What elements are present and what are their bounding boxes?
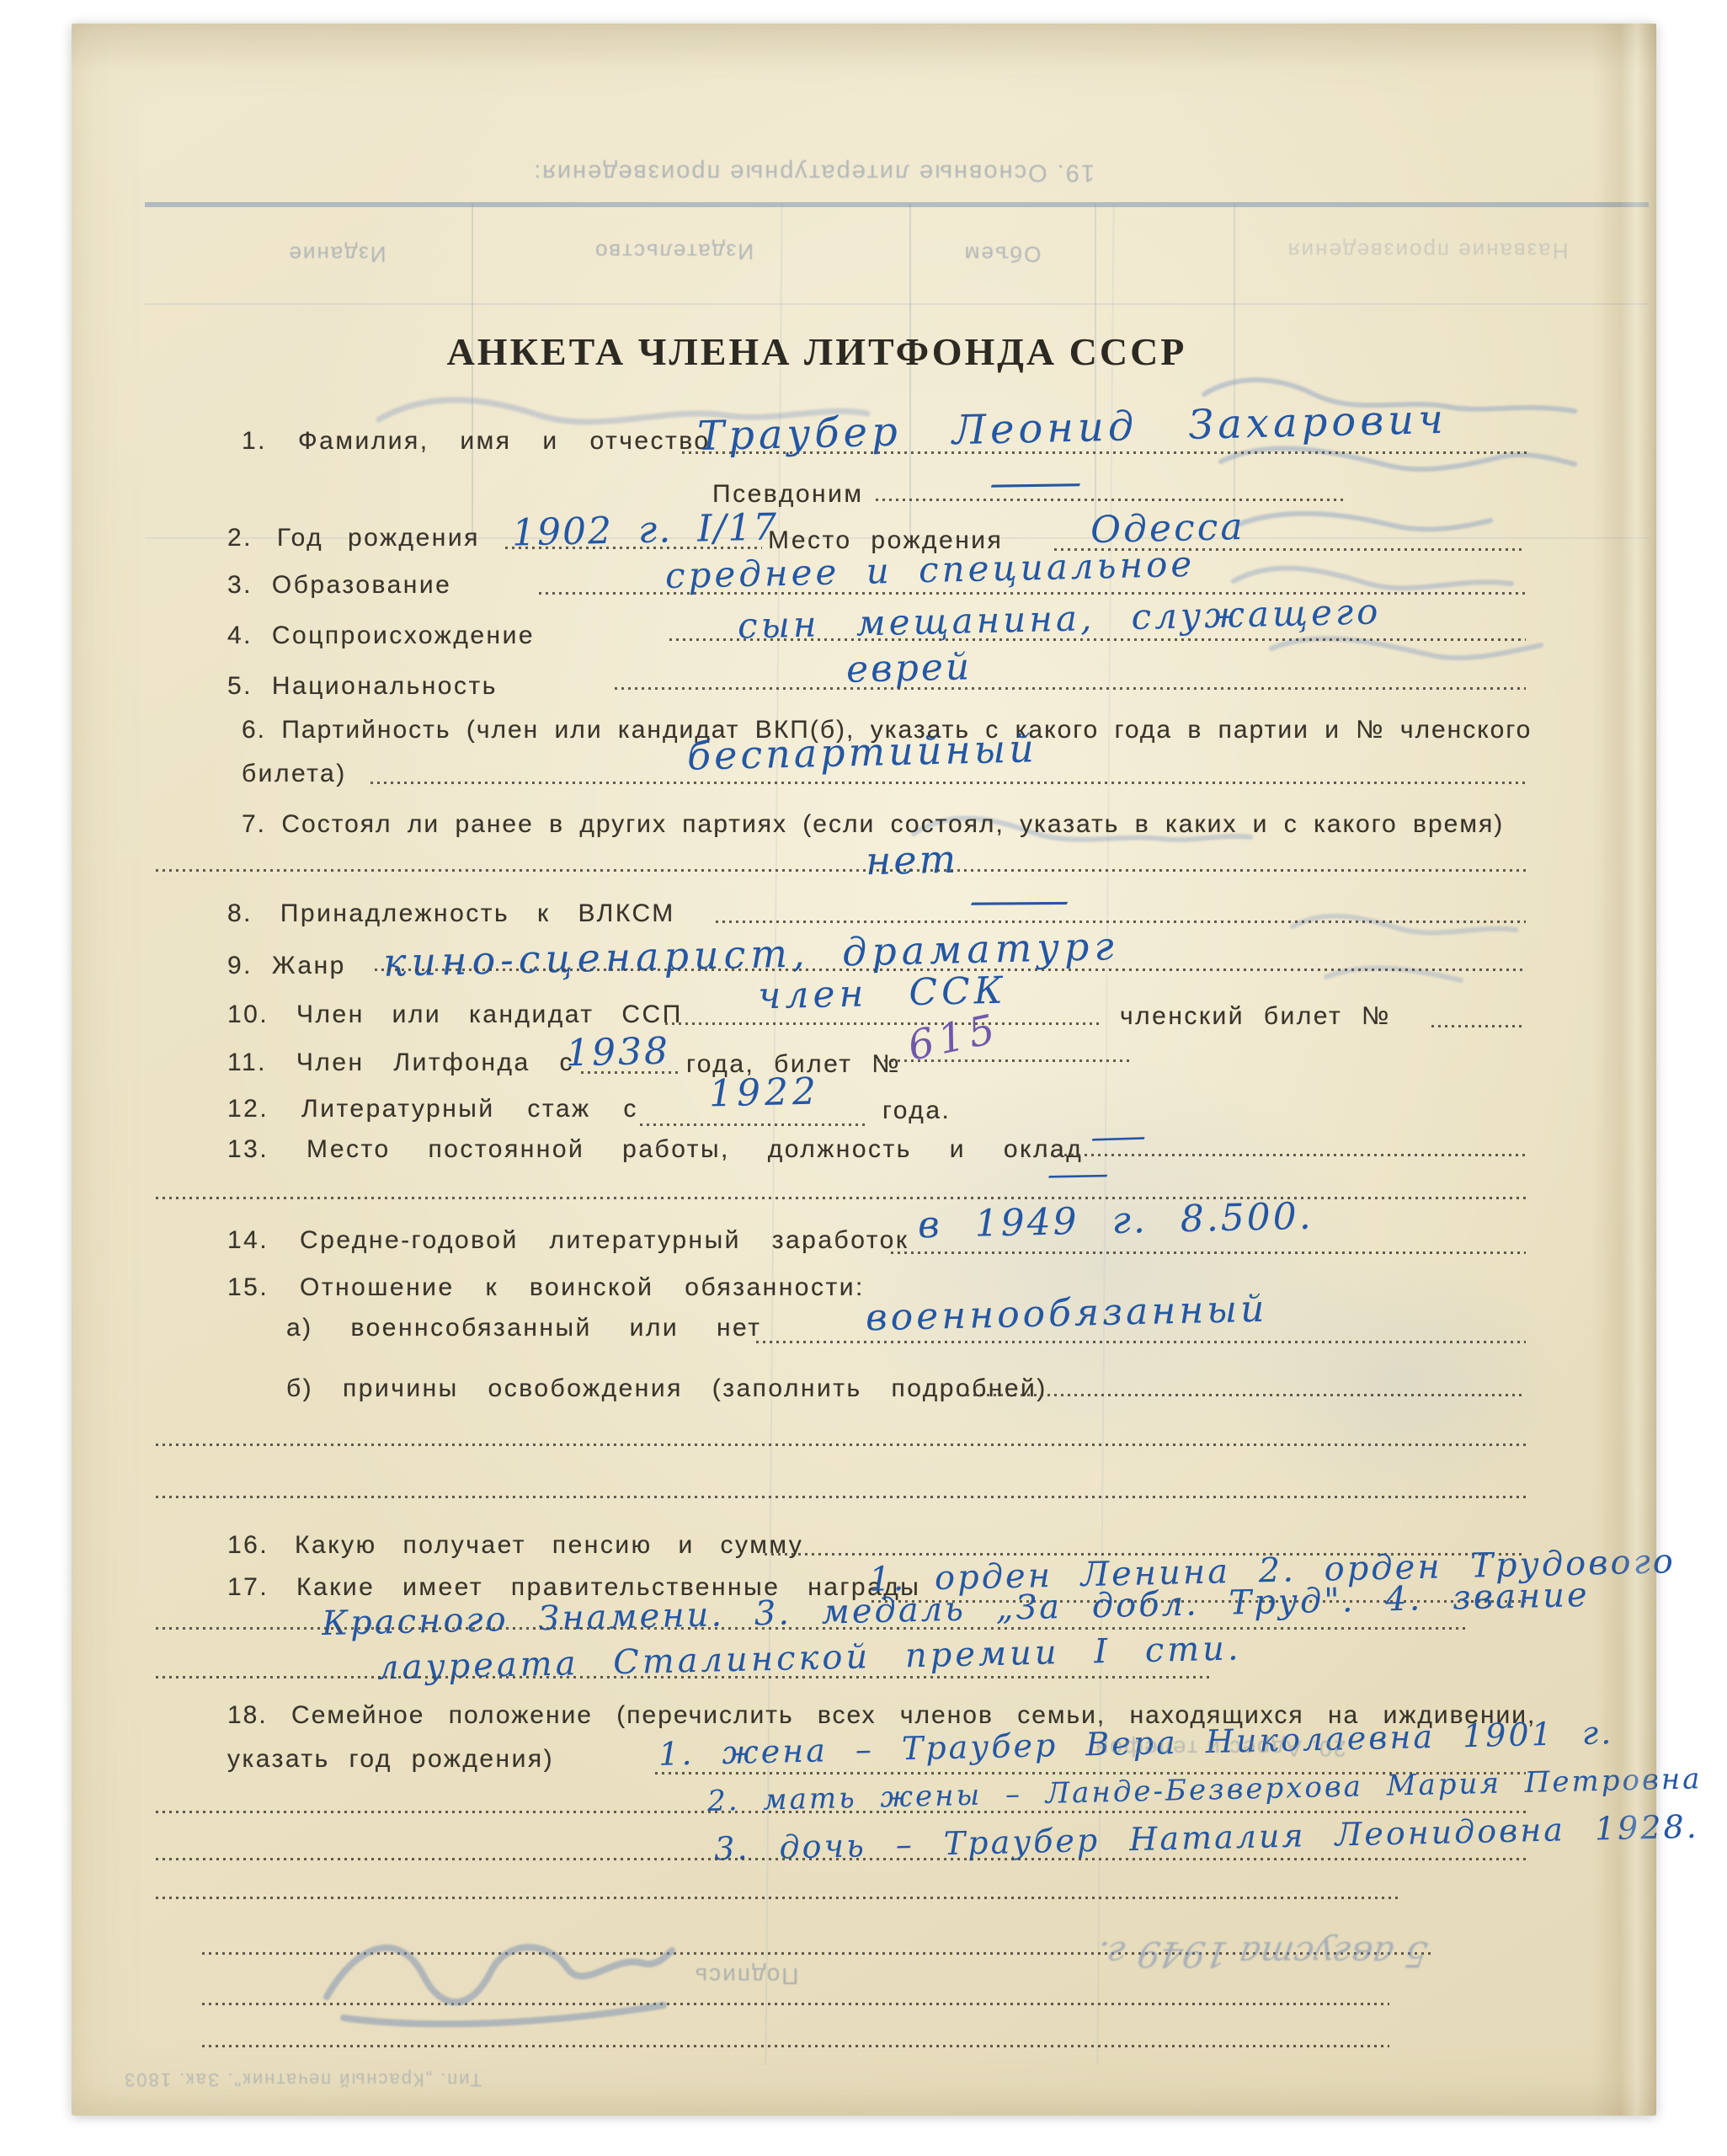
- dotted-line: [202, 2003, 1389, 2005]
- field-13-label: 13. Место постоянной работы, должность и…: [227, 1135, 1083, 1164]
- pseudonym-handwritten-dash: —: [985, 458, 1092, 507]
- field-12-suffix-label: года.: [882, 1097, 951, 1125]
- bleedthrough-signature-label: Подпись: [679, 1962, 813, 1989]
- field-15b-label: б) причины освобождения (заполнить подро…: [286, 1374, 1047, 1403]
- form-title: АНКЕТА ЧЛЕНА ЛИТФОНДА СССР: [438, 329, 1196, 374]
- field-12-handwritten-value: 1922: [708, 1070, 820, 1116]
- field-8-label: 8. Принадлежность к ВЛКСМ: [227, 899, 675, 928]
- dotted-line: [1431, 1025, 1526, 1027]
- dotted-line: [156, 1676, 1213, 1678]
- dotted-line: [370, 782, 1526, 784]
- field-11-label: 11. Член Литфонда с: [227, 1049, 574, 1077]
- dotted-line: [505, 547, 762, 549]
- dotted-line: [615, 687, 1526, 690]
- field-16-label: 16. Какую получает пенсию и сумму: [227, 1531, 803, 1560]
- dotted-line: [156, 1811, 1526, 1813]
- dotted-line: [669, 638, 1526, 641]
- field-4-label: 4. Соцпроисхождение: [227, 622, 535, 650]
- dotted-line: [716, 921, 1526, 923]
- bleedthrough-column-nazvanie: Название произведения: [1280, 237, 1575, 264]
- dotted-line: [581, 1071, 680, 1074]
- bleedthrough-printer-imprint: Тип. „Красный печатник". Зак. 1803: [153, 2068, 482, 2090]
- dotted-line: [1044, 1154, 1526, 1156]
- field-15-label: 15. Отношение к воинской обязанности:: [227, 1273, 865, 1302]
- bleedthrough-column-izdanie: Издание: [261, 241, 413, 267]
- dotted-line: [156, 1897, 1398, 1899]
- field-9-label: 9. Жанр: [227, 952, 346, 980]
- field-7-handwritten-value: нет: [865, 836, 958, 883]
- membership-card-label: членский билет №: [1120, 1002, 1391, 1031]
- field-2-label: 2. Год рождения: [227, 524, 480, 552]
- bleedthrough-section19-heading: 19. Основные литературные произведения:: [539, 158, 1095, 186]
- scanned-questionnaire-page: 19. Основные литературные произведения: …: [0, 0, 1727, 2156]
- bleedthrough-column-izdatelstvo: Издательство: [581, 238, 766, 264]
- field-5-handwritten-value: еврей: [845, 645, 972, 691]
- field-8-handwritten-dash: —: [966, 877, 1079, 925]
- dotted-line: [156, 1444, 1526, 1446]
- dotted-line: [156, 1858, 1526, 1860]
- field-1-label: 1. Фамилия, имя и отчество: [242, 427, 711, 456]
- field-15a-handwritten-value: военнообязанный: [865, 1288, 1267, 1340]
- pseudonym-label: Псевдоним: [712, 480, 864, 509]
- field-18-label-line2: указать год рождения): [227, 1745, 554, 1774]
- dotted-line: [876, 499, 1347, 501]
- field-14-label: 14. Средне-годовой литературный заработо…: [227, 1226, 909, 1255]
- dotted-line: [156, 1197, 1526, 1199]
- field-13-handwritten-dash2: —: [1044, 1155, 1116, 1194]
- dotted-line: [640, 1123, 869, 1126]
- field-3-label: 3. Образование: [227, 571, 451, 600]
- dotted-line: [156, 1627, 1469, 1630]
- field-5-label: 5. Национальность: [227, 672, 498, 701]
- dotted-line: [756, 1341, 1526, 1343]
- field-14-handwritten-value: в 1949 г. 8.500.: [917, 1195, 1314, 1247]
- dotted-line: [891, 1251, 1526, 1254]
- field-12-label: 12. Литературный стаж с: [227, 1095, 638, 1123]
- dotted-line: [202, 2045, 1389, 2047]
- field-10-label: 10. Член или кандидат ССП: [227, 1001, 683, 1029]
- field-11-year-handwritten: 1938: [565, 1030, 670, 1075]
- dotted-line: [665, 1022, 1103, 1025]
- bleedthrough-column-obem: Объем: [947, 241, 1057, 267]
- field-13-handwritten-dash: —: [1088, 1117, 1153, 1157]
- field-7-label: 7. Состоял ли ранее в других партиях (ес…: [242, 810, 1504, 839]
- bleedthrough-address-label: 20. Адрес и телефон: [1031, 1735, 1410, 1761]
- field-15a-label: а) военнсобязанный или нет: [286, 1314, 762, 1342]
- dotted-line: [156, 1496, 1526, 1498]
- dotted-line: [156, 869, 1526, 872]
- bleedthrough-handwritten-date: 5 августа 1949 г.: [1054, 1934, 1431, 1975]
- field-6-label-line2: билета): [242, 760, 347, 788]
- field-6-handwritten-value: беспартийный: [686, 725, 1037, 778]
- dotted-line: [877, 1059, 1130, 1062]
- dotted-line: [967, 1394, 1526, 1396]
